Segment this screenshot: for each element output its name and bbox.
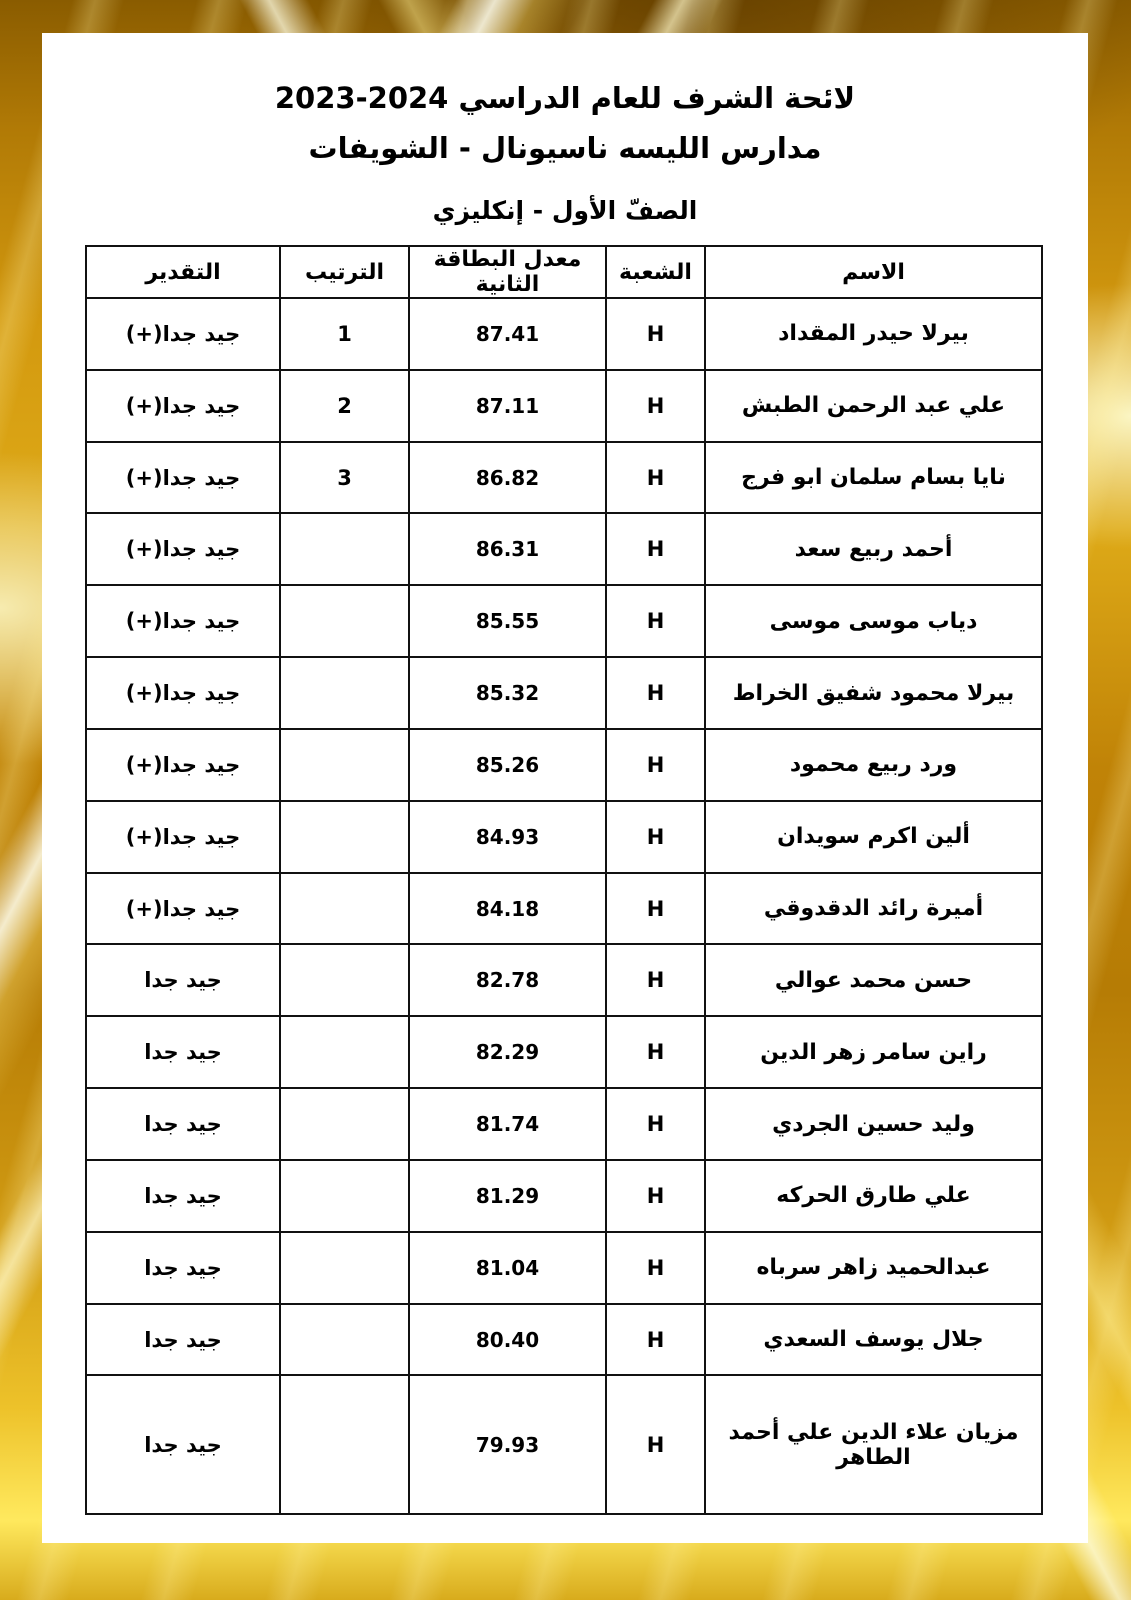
cell-grade: جيد جدا(+)	[86, 585, 280, 657]
cell-student-name: جلال يوسف السعدي	[705, 1304, 1042, 1376]
cell-average: 80.40	[409, 1304, 606, 1376]
cell-average: 81.29	[409, 1160, 606, 1232]
table-row: ورد ربيع محمود H 85.26 جيد جدا(+)	[86, 729, 1042, 801]
cell-student-name: مزيان علاء الدين علي أحمد الطاهر	[705, 1375, 1042, 1514]
cell-student-name: راين سامر زهر الدين	[705, 1016, 1042, 1088]
header-section: الشعبة	[606, 246, 705, 298]
cell-average: 85.55	[409, 585, 606, 657]
title-block: لائحة الشرف للعام الدراسي 2024-2023 مدار…	[42, 33, 1088, 227]
cell-average: 82.78	[409, 944, 606, 1016]
cell-student-name: وليد حسين الجردي	[705, 1088, 1042, 1160]
cell-student-name: عبدالحميد زاهر سرباه	[705, 1232, 1042, 1304]
cell-average: 86.82	[409, 442, 606, 514]
cell-grade: جيد جدا(+)	[86, 370, 280, 442]
header-name: الاسم	[705, 246, 1042, 298]
cell-grade: جيد جدا(+)	[86, 657, 280, 729]
golden-background: { "page": { "title_line1": "لائحة الشرف …	[0, 0, 1131, 1600]
cell-student-name: علي عبد الرحمن الطبش	[705, 370, 1042, 442]
table-row: نايا بسام سلمان ابو فرج H 86.82 3 جيد جد…	[86, 442, 1042, 514]
table-row: وليد حسين الجردي H 81.74 جيد جدا	[86, 1088, 1042, 1160]
cell-grade: جيد جدا	[86, 1232, 280, 1304]
cell-grade: جيد جدا	[86, 1016, 280, 1088]
cell-section: H	[606, 442, 705, 514]
cell-grade: جيد جدا(+)	[86, 442, 280, 514]
table-row: علي عبد الرحمن الطبش H 87.11 2 جيد جدا(+…	[86, 370, 1042, 442]
table-row: علي طارق الحركه H 81.29 جيد جدا	[86, 1160, 1042, 1232]
cell-section: H	[606, 944, 705, 1016]
cell-student-name: دياب موسى موسى	[705, 585, 1042, 657]
cell-section: H	[606, 1016, 705, 1088]
header-average: معدل البطاقة الثانية	[409, 246, 606, 298]
cell-section: H	[606, 1232, 705, 1304]
cell-rank: 1	[280, 298, 409, 370]
cell-average: 86.31	[409, 513, 606, 585]
table-row: دياب موسى موسى H 85.55 جيد جدا(+)	[86, 585, 1042, 657]
page-title-line2: مدارس الليسه ناسيونال - الشويفات	[42, 123, 1088, 173]
cell-grade: جيد جدا	[86, 1375, 280, 1514]
cell-average: 81.74	[409, 1088, 606, 1160]
cell-rank	[280, 1160, 409, 1232]
cell-average: 79.93	[409, 1375, 606, 1514]
cell-student-name: علي طارق الحركه	[705, 1160, 1042, 1232]
table-row: ألين اكرم سويدان H 84.93 جيد جدا(+)	[86, 801, 1042, 873]
cell-grade: جيد جدا	[86, 944, 280, 1016]
cell-student-name: ألين اكرم سويدان	[705, 801, 1042, 873]
cell-section: H	[606, 585, 705, 657]
document-page: لائحة الشرف للعام الدراسي 2024-2023 مدار…	[42, 33, 1088, 1543]
cell-rank	[280, 801, 409, 873]
table-row: بيرلا محمود شفيق الخراط H 85.32 جيد جدا(…	[86, 657, 1042, 729]
cell-rank	[280, 1304, 409, 1376]
cell-rank	[280, 513, 409, 585]
table-row: جلال يوسف السعدي H 80.40 جيد جدا	[86, 1304, 1042, 1376]
cell-rank	[280, 873, 409, 945]
cell-section: H	[606, 873, 705, 945]
cell-grade: جيد جدا(+)	[86, 729, 280, 801]
cell-student-name: بيرلا محمود شفيق الخراط	[705, 657, 1042, 729]
cell-section: H	[606, 1304, 705, 1376]
cell-rank	[280, 1232, 409, 1304]
table-row: راين سامر زهر الدين H 82.29 جيد جدا	[86, 1016, 1042, 1088]
cell-rank	[280, 657, 409, 729]
header-grade: التقدير	[86, 246, 280, 298]
cell-section: H	[606, 370, 705, 442]
honor-roll-table: الاسم الشعبة معدل البطاقة الثانية الترتي…	[85, 245, 1043, 1515]
cell-section: H	[606, 1375, 705, 1514]
cell-grade: جيد جدا	[86, 1088, 280, 1160]
cell-student-name: بيرلا حيدر المقداد	[705, 298, 1042, 370]
cell-grade: جيد جدا(+)	[86, 801, 280, 873]
table-row: بيرلا حيدر المقداد H 87.41 1 جيد جدا(+)	[86, 298, 1042, 370]
cell-section: H	[606, 1088, 705, 1160]
cell-average: 85.32	[409, 657, 606, 729]
cell-grade: جيد جدا	[86, 1160, 280, 1232]
cell-student-name: أحمد ربيع سعد	[705, 513, 1042, 585]
cell-average: 82.29	[409, 1016, 606, 1088]
cell-rank: 2	[280, 370, 409, 442]
cell-section: H	[606, 801, 705, 873]
cell-average: 84.18	[409, 873, 606, 945]
cell-average: 87.41	[409, 298, 606, 370]
cell-student-name: نايا بسام سلمان ابو فرج	[705, 442, 1042, 514]
cell-section: H	[606, 298, 705, 370]
cell-rank	[280, 944, 409, 1016]
cell-grade: جيد جدا(+)	[86, 298, 280, 370]
table-row: مزيان علاء الدين علي أحمد الطاهر H 79.93…	[86, 1375, 1042, 1514]
cell-average: 81.04	[409, 1232, 606, 1304]
table-row: عبدالحميد زاهر سرباه H 81.04 جيد جدا	[86, 1232, 1042, 1304]
header-rank: الترتيب	[280, 246, 409, 298]
cell-rank	[280, 729, 409, 801]
cell-grade: جيد جدا	[86, 1304, 280, 1376]
cell-section: H	[606, 729, 705, 801]
cell-student-name: حسن محمد عوالي	[705, 944, 1042, 1016]
table-row: حسن محمد عوالي H 82.78 جيد جدا	[86, 944, 1042, 1016]
cell-student-name: أميرة رائد الدقدوقي	[705, 873, 1042, 945]
cell-student-name: ورد ربيع محمود	[705, 729, 1042, 801]
table-body: بيرلا حيدر المقداد H 87.41 1 جيد جدا(+) …	[86, 298, 1042, 1514]
cell-rank	[280, 1375, 409, 1514]
cell-grade: جيد جدا(+)	[86, 513, 280, 585]
cell-average: 85.26	[409, 729, 606, 801]
cell-rank	[280, 1016, 409, 1088]
cell-rank	[280, 1088, 409, 1160]
cell-section: H	[606, 1160, 705, 1232]
cell-grade: جيد جدا(+)	[86, 873, 280, 945]
cell-rank: 3	[280, 442, 409, 514]
cell-average: 84.93	[409, 801, 606, 873]
page-title-line1: لائحة الشرف للعام الدراسي 2024-2023	[42, 73, 1088, 123]
table-row: أحمد ربيع سعد H 86.31 جيد جدا(+)	[86, 513, 1042, 585]
cell-section: H	[606, 513, 705, 585]
cell-section: H	[606, 657, 705, 729]
page-subtitle: الصفّ الأول - إنكليزي	[42, 195, 1088, 227]
cell-average: 87.11	[409, 370, 606, 442]
cell-rank	[280, 585, 409, 657]
table-row: أميرة رائد الدقدوقي H 84.18 جيد جدا(+)	[86, 873, 1042, 945]
table-header-row: الاسم الشعبة معدل البطاقة الثانية الترتي…	[86, 246, 1042, 298]
